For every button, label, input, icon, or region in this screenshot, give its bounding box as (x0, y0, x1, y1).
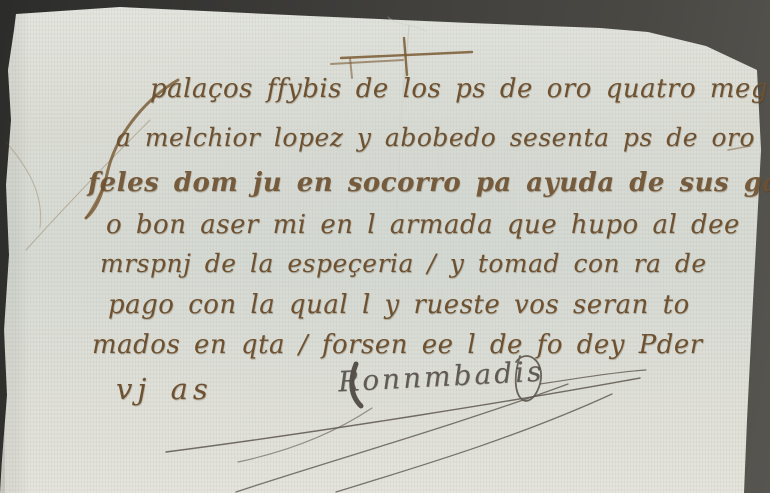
manuscript-photo: palaços ffybis de los ps de oro quatro m… (0, 0, 770, 493)
cross-mark (331, 38, 472, 78)
manuscript-line: a melchior lopez y abobedo sesenta ps de… (116, 123, 770, 152)
manuscript-line: pago con la qual l y rueste vos seran to (108, 290, 690, 320)
manuscript-line: o bon aser mi en l armada que hupo al de… (106, 210, 740, 240)
manuscript-closing: vj as (116, 372, 213, 406)
manuscript-line: mados en qta / forsen ee l de fo dey Pde… (92, 330, 703, 360)
manuscript-line: feles dom ju en socorro pa ayuda de sus … (88, 168, 770, 198)
manuscript-line: palaços ffybis de los ps de oro quatro m… (150, 74, 770, 104)
manuscript-line: mrspnj de la espeçeria / y tomad con ra … (100, 249, 707, 278)
